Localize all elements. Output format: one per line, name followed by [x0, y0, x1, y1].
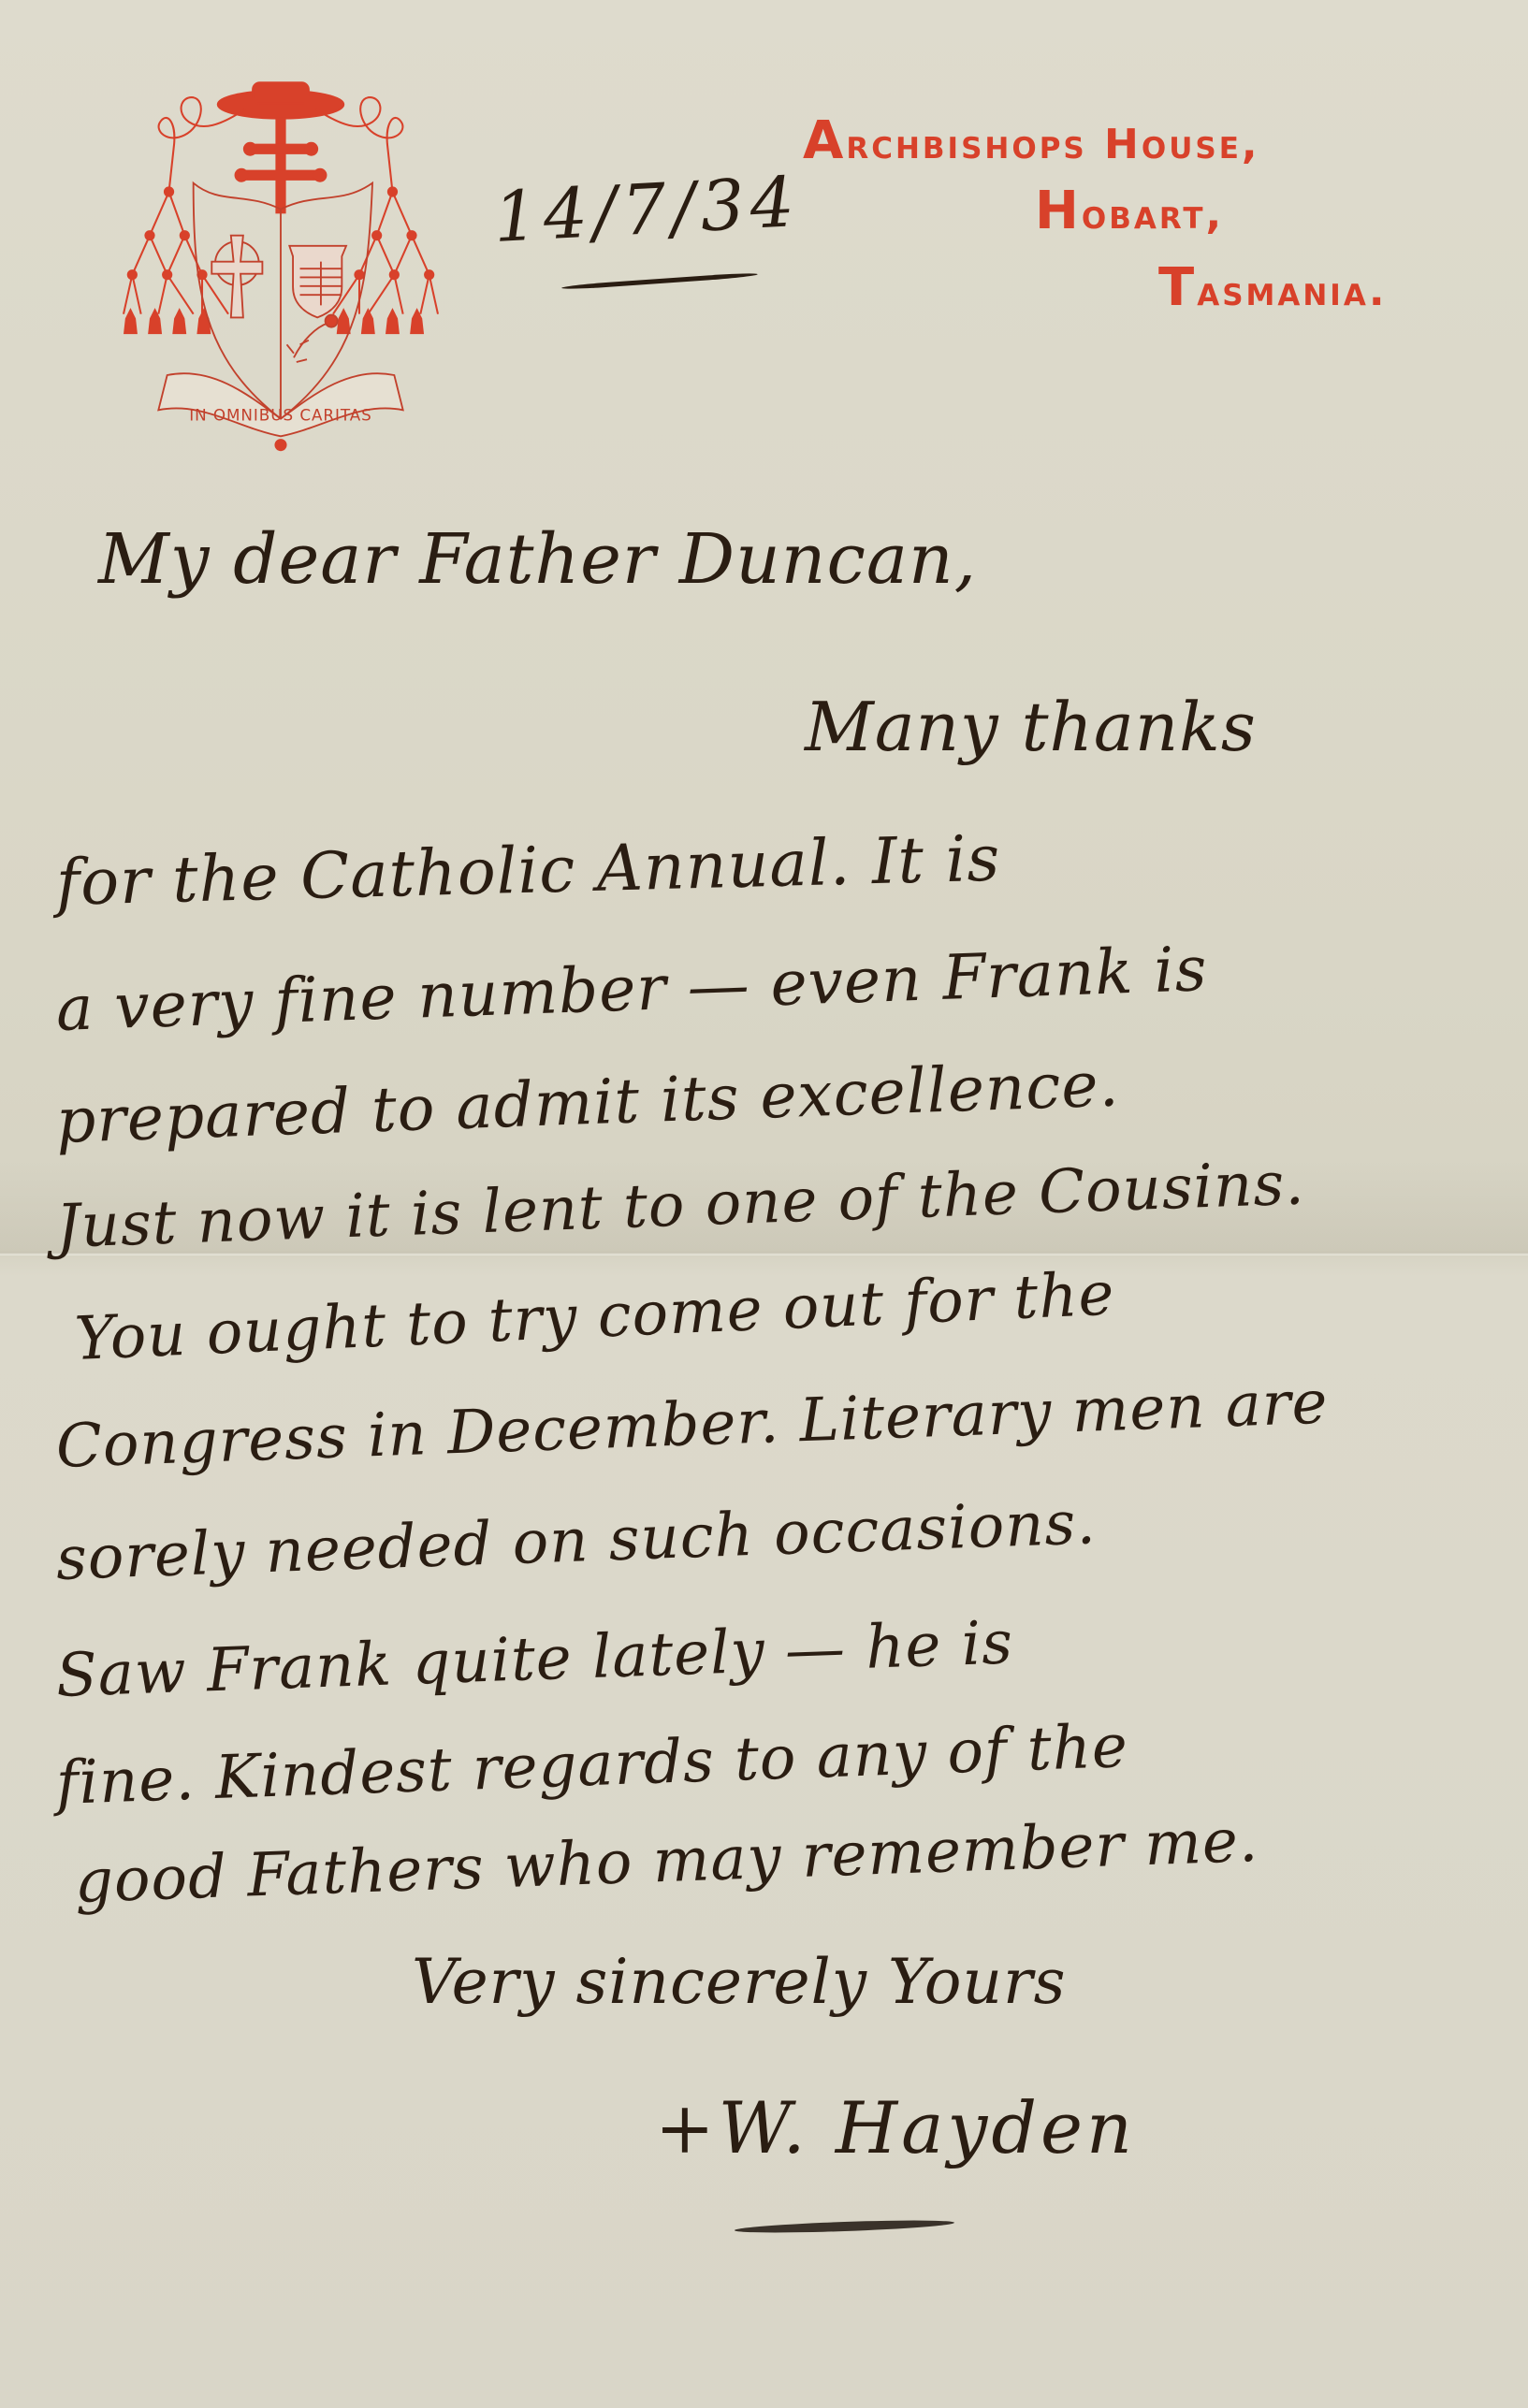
letterhead-address-line-2: Hobart,	[1035, 181, 1224, 241]
letter-salutation: My dear Father Duncan,	[98, 519, 977, 600]
letter-date: 14/7/34	[491, 162, 801, 258]
letter-closing: Very sincerely Yours	[412, 1946, 1066, 2018]
signature: +W. Hayden	[655, 2086, 1136, 2169]
coat-of-arms-crest: IN OMNIBUS CARITAS	[103, 61, 458, 454]
letterhead-address-line-1: Archbishops House,	[803, 110, 1260, 171]
body-line: Many thanks	[805, 688, 1257, 766]
letterhead-address-line-3: Tasmania.	[1158, 257, 1388, 318]
crest-icon: IN OMNIBUS CARITAS	[103, 61, 458, 454]
crest-motto: IN OMNIBUS CARITAS	[189, 406, 371, 425]
